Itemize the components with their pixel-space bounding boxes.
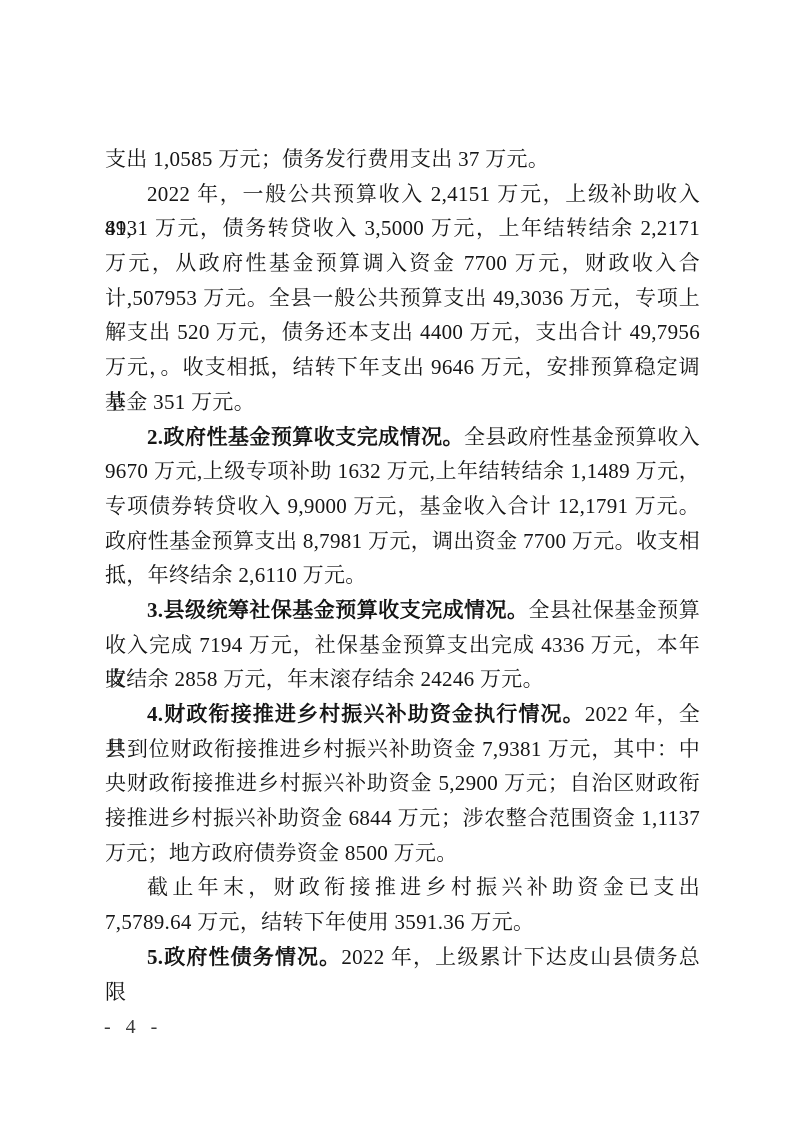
text-line: 基金 351 万元。 [105,385,700,420]
text-line: 9670 万元,上级专项补助 1632 万元,上年结转结余 1,1489 万元， [105,454,700,489]
text-run: 抵，年终结余 2,6110 万元。 [105,563,367,587]
paragraph: 2022 年，一般公共预算收入 2,4151 万元，上级补助收入 41,8931… [105,177,700,420]
text-line: 央财政衔接推进乡村振兴补助资金 5,2900 万元；自治区财政衔 [105,766,700,801]
text-line: 解支出 520 万元，债务还本支出 4400 万元，支出合计 49,7956 [105,315,700,350]
text-line: 5.政府性债务情况。2022 年，上级累计下达皮山县债务总限 [105,940,700,975]
paragraph: 5.政府性债务情况。2022 年，上级累计下达皮山县债务总限 [105,940,700,975]
text-line: 万元，。收支相抵，结转下年支出 9646 万元，安排预算稳定调节 [105,350,700,385]
text-line: 4.财政衔接推进乡村振兴补助资金执行情况。2022 年，全县 [105,697,700,732]
text-run: 共到位财政衔接推进乡村振兴补助资金 7,9381 万元，其中：中 [105,737,700,761]
text-line: 万元；地方政府债券资金 8500 万元。 [105,836,700,871]
document-body: 支出 1,0585 万元；债务发行费用支出 37 万元。2022 年，一般公共预… [105,142,700,975]
text-run: 8931 万元，债务转贷收入 3,5000 万元，上年结转结余 2,2171 [105,216,700,240]
text-run: 9670 万元,上级专项补助 1632 万元,上年结转结余 1,1489 万元， [105,459,700,483]
text-line: 支结余 2858 万元，年末滚存结余 24246 万元。 [105,662,700,697]
text-line: 8931 万元，债务转贷收入 3,5000 万元，上年结转结余 2,2171 [105,211,700,246]
text-line: 3.县级统筹社保基金预算收支完成情况。全县社保基金预算 [105,593,700,628]
text-run: 基金 351 万元。 [105,390,255,414]
paragraph: 2.政府性基金预算收支完成情况。全县政府性基金预算收入9670 万元,上级专项补… [105,420,700,593]
paragraph: 3.县级统筹社保基金预算收支完成情况。全县社保基金预算收入完成 7194 万元，… [105,593,700,697]
text-line: 接推进乡村振兴补助资金 6844 万元；涉农整合范围资金 1,1137 [105,801,700,836]
text-line: 2022 年，一般公共预算收入 2,4151 万元，上级补助收入 41, [105,177,700,212]
text-line: 2.政府性基金预算收支完成情况。全县政府性基金预算收入 [105,420,700,455]
text-run: 支出 1,0585 万元；债务发行费用支出 37 万元。 [105,147,549,171]
text-line: 抵，年终结余 2,6110 万元。 [105,558,700,593]
text-run: 支结余 2858 万元，年末滚存结余 24246 万元。 [105,667,544,691]
page-number: - 4 - [104,1016,159,1039]
text-run: 解支出 520 万元，债务还本支出 4400 万元，支出合计 49,7956 [105,320,700,344]
section-heading: 2.政府性基金预算收支完成情况。 [147,425,464,449]
text-run: 央财政衔接推进乡村振兴补助资金 5,2900 万元；自治区财政衔 [105,771,700,795]
paragraph: 支出 1,0585 万元；债务发行费用支出 37 万元。 [105,142,700,177]
text-line: 共到位财政衔接推进乡村振兴补助资金 7,9381 万元，其中：中 [105,732,700,767]
text-run: 专项债券转贷收入 9,9000 万元，基金收入合计 12,1791 万元。 [105,494,700,518]
paragraph: 截止年末，财政衔接推进乡村振兴补助资金已支出7,5789.64 万元，结转下年使… [105,870,700,939]
text-line: 截止年末，财政衔接推进乡村振兴补助资金已支出 [105,870,700,905]
section-heading: 5.政府性债务情况。 [147,945,341,969]
text-run: 全县政府性基金预算收入 [464,425,700,449]
section-heading: 3.县级统筹社保基金预算收支完成情况。 [147,598,528,622]
text-run: 万元，从政府性基金预算调入资金 7700 万元，财政收入合 [105,251,700,275]
text-run: 截止年末，财政衔接推进乡村振兴补助资金已支出 [147,875,700,899]
text-line: 计,507953 万元。全县一般公共预算支出 49,3036 万元，专项上 [105,281,700,316]
paragraph: 4.财政衔接推进乡村振兴补助资金执行情况。2022 年，全县共到位财政衔接推进乡… [105,697,700,870]
text-line: 收入完成 7194 万元，社保基金预算支出完成 4336 万元，本年收 [105,628,700,663]
text-line: 支出 1,0585 万元；债务发行费用支出 37 万元。 [105,142,700,177]
text-line: 万元，从政府性基金预算调入资金 7700 万元，财政收入合 [105,246,700,281]
text-run: 政府性基金预算支出 8,7981 万元，调出资金 7700 万元。收支相 [105,529,700,553]
text-line: 7,5789.64 万元，结转下年使用 3591.36 万元。 [105,905,700,940]
text-run: 7,5789.64 万元，结转下年使用 3591.36 万元。 [105,910,534,934]
text-run: 全县社保基金预算 [528,598,700,622]
text-run: 万元；地方政府债券资金 8500 万元。 [105,841,458,865]
section-heading: 4.财政衔接推进乡村振兴补助资金执行情况。 [147,702,585,726]
text-run: 接推进乡村振兴补助资金 6844 万元；涉农整合范围资金 1,1137 [105,806,700,830]
text-line: 专项债券转贷收入 9,9000 万元，基金收入合计 12,1791 万元。 [105,489,700,524]
text-run: 计,507953 万元。全县一般公共预算支出 49,3036 万元，专项上 [105,286,700,310]
document-page: 支出 1,0585 万元；债务发行费用支出 37 万元。2022 年，一般公共预… [0,0,793,1122]
text-line: 政府性基金预算支出 8,7981 万元，调出资金 7700 万元。收支相 [105,524,700,559]
